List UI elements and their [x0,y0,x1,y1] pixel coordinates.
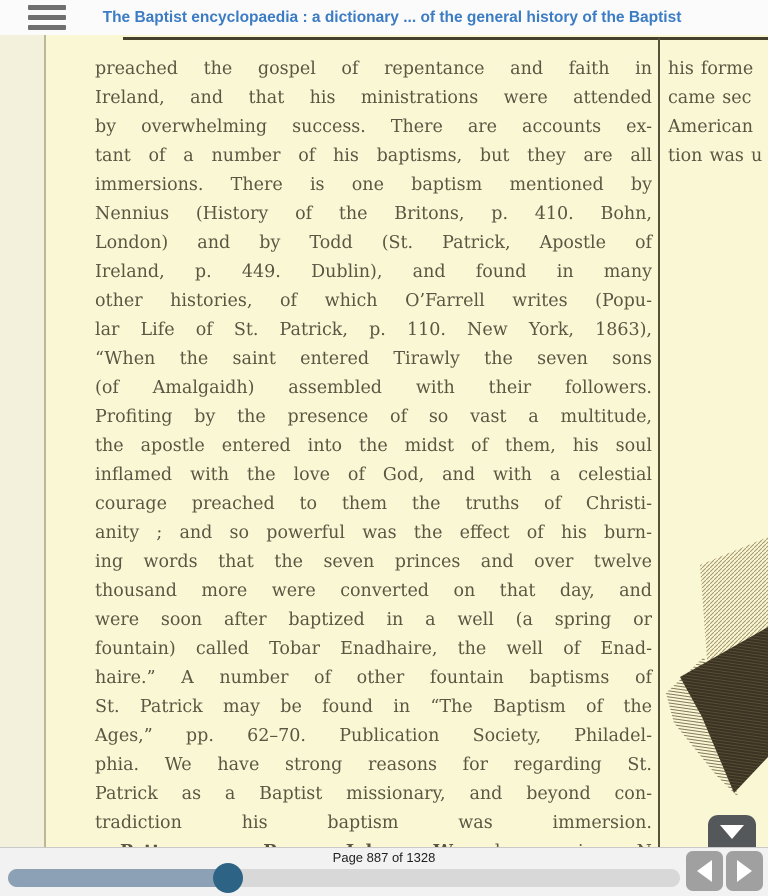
page-indicator: Page 887 of 1328 [0,850,768,865]
left-text-column: preached the gospel of repentance and fa… [95,55,652,848]
toolbar-collapse-button[interactable] [708,815,756,848]
text-line: were soon after baptized in a well (a sp… [95,606,652,635]
text-line: other histories, of which O’Farrell writ… [95,287,652,316]
text-line: immersions. There is one baptism mention… [95,171,652,200]
text-line: Nennius (History of the Britons, p. 410.… [95,200,652,229]
text-line: Ages,” pp. 62–70. Publication Society, P… [95,722,652,751]
text-line: London) and by Todd (St. Patrick, Apostl… [95,229,652,258]
hamburger-icon [28,5,66,30]
slider-handle[interactable] [213,863,243,893]
text-line: preached the gospel of repentance and fa… [95,55,652,84]
text-line: came sec [668,84,768,113]
header: The Baptist encyclopaedia : a dictionary… [0,0,768,36]
page-nav-buttons [686,851,763,891]
text-line: Profiting by the presence of so vast a m… [95,403,652,432]
text-line: courage preached to them the truths of C… [95,490,652,519]
text-line: lar Life of St. Patrick, p. 110. New Yor… [95,316,652,345]
scanned-page[interactable]: preached the gospel of repentance and fa… [0,35,768,848]
next-page-button[interactable] [726,851,763,891]
page-slider[interactable] [8,869,680,887]
page-top-rule [123,37,768,40]
text-line: tradiction his baptism was immersion. [95,809,652,838]
text-line: haire.” A number of other fountain bapti… [95,664,652,693]
navigation-bar: Page 887 of 1328 [0,847,768,896]
text-line: by overwhelming success. There are accou… [95,113,652,142]
text-line: Ireland, p. 449. Dublin), and found in m… [95,258,652,287]
text-line: tion was u [668,142,768,171]
text-line: ing words that the seven princes and ove… [95,548,652,577]
text-line: Ireland, and that his ministrations were… [95,84,652,113]
book-title: The Baptist encyclopaedia : a dictionary… [80,9,704,27]
book-reader: The Baptist encyclopaedia : a dictionary… [0,0,768,896]
text-line: inflamed with the love of God, and with … [95,461,652,490]
text-line: tant of a number of his baptisms, but th… [95,142,652,171]
engraving-fragment [658,500,768,800]
down-arrow-icon [720,825,744,839]
text-line: anity ; and so powerful was the effect o… [95,519,652,548]
text-line: his forme [668,55,768,84]
right-arrow-icon [737,860,752,882]
left-arrow-icon [697,860,712,882]
text-line: American [668,113,768,142]
text-line: the apostle entered into the midst of th… [95,432,652,461]
right-text-column: his formecame secAmericantion was u [668,55,768,171]
slider-fill [8,869,228,887]
text-line: Patrick as a Baptist missionary, and bey… [95,780,652,809]
page-margin-strip [0,35,44,848]
text-line: phia. We have strong reasons for regardi… [95,751,652,780]
text-line: (of Amalgaidh) assembled with their foll… [95,374,652,403]
text-line: fountain) called Tobar Enadhaire, the we… [95,635,652,664]
text-line: St. Patrick may be found in “The Baptism… [95,693,652,722]
text-line: “When the saint entered Tirawly the seve… [95,345,652,374]
previous-page-button[interactable] [686,851,723,891]
text-line: thousand more were converted on that day… [95,577,652,606]
menu-button[interactable] [0,0,80,35]
page-gutter-line [44,35,46,848]
